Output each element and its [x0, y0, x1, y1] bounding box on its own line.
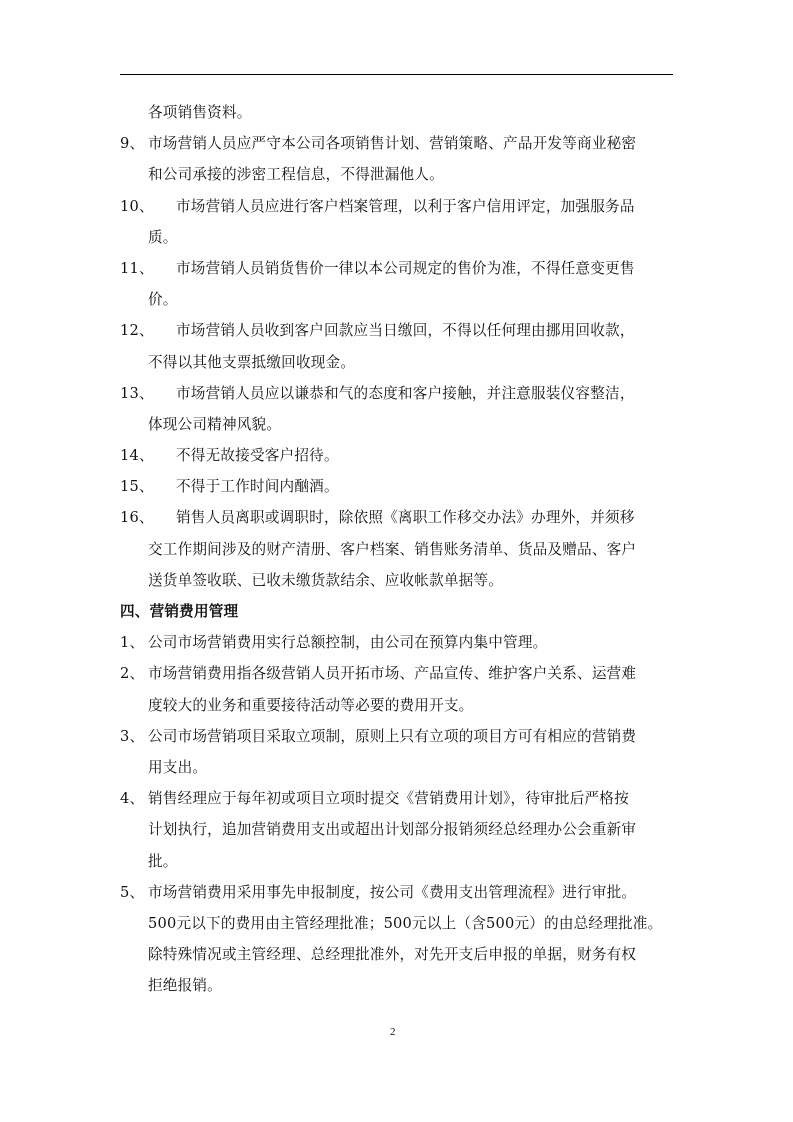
paragraph-text: 拒绝报销。 [148, 970, 222, 1001]
paragraph-line: 5、市场营销费用采用事先申报制度，按公司《费用支出管理流程》进行审批。 [120, 877, 676, 908]
paragraph-text: 市场营销人员应进行客户档案管理，以利于客户信用评定，加强服务品 [176, 191, 635, 222]
paragraph-text: 和公司承接的涉密工程信息，不得泄漏他人。 [148, 159, 444, 190]
paragraph-line: 15、不得于工作时间内酗酒。 [120, 471, 676, 502]
paragraph-text: 不得于工作时间内酗酒。 [176, 471, 339, 502]
paragraph-line: 除特殊情况或主管经理、总经理批准外，对先开支后申报的单据，财务有权 [120, 939, 676, 970]
paragraph-text: 体现公司精神风貌。 [148, 409, 281, 440]
paragraph-line: 体现公司精神风貌。 [120, 409, 676, 440]
paragraph-text: 公司市场营销费用实行总额控制，由公司在预算内集中管理。 [148, 627, 547, 658]
paragraph-text: 市场营销人员应严守本公司各项销售计划、营销策略、产品开发等商业秘密 [148, 128, 636, 159]
document-body: 各项销售资料。 9、市场营销人员应严守本公司各项销售计划、营销策略、产品开发等商… [120, 97, 676, 1001]
paragraph-line: 拒绝报销。 [120, 970, 676, 1001]
paragraph-line: 13、市场营销人员应以谦恭和气的态度和客户接触，并注意服装仪容整洁， [120, 378, 676, 409]
paragraph-line: 2、市场营销费用指各级营销人员开拓市场、产品宣传、维护客户关系、运营难 [120, 658, 676, 689]
item-number: 1、 [120, 627, 144, 658]
paragraph-line: 交工作期间涉及的财产清册、客户档案、销售账务清单、货品及赠品、客户 [120, 534, 676, 565]
item-number: 2、 [120, 658, 144, 689]
item-number: 15、 [120, 471, 154, 502]
paragraph-line: 1、公司市场营销费用实行总额控制，由公司在预算内集中管理。 [120, 627, 676, 658]
paragraph-text: 价。 [148, 284, 178, 315]
paragraph-text: 计划执行，追加营销费用支出或超出计划部分报销须经总经理办公会重新审 [148, 814, 636, 845]
paragraph-text: 送货单签收联、已收未缴货款结余、应收帐款单据等。 [148, 565, 503, 596]
paragraph-text: 销售人员离职或调职时，除依照《离职工作移交办法》办理外，并须移 [176, 502, 635, 533]
item-number: 16、 [120, 502, 154, 533]
paragraph-line: 3、公司市场营销项目采取立项制，原则上只有立项的项目方可有相应的营销费 [120, 721, 676, 752]
paragraph-text: 不得无故接受客户招待。 [176, 440, 339, 471]
item-number: 13、 [120, 378, 154, 409]
paragraph-line: 10、市场营销人员应进行客户档案管理，以利于客户信用评定，加强服务品 [120, 191, 676, 222]
paragraph-text: 质。 [148, 222, 178, 253]
paragraph-text: 批。 [148, 846, 178, 877]
section-heading-text: 四、营销费用管理 [120, 596, 238, 627]
paragraph-text: 市场营销费用指各级营销人员开拓市场、产品宣传、维护客户关系、运营难 [148, 658, 636, 689]
item-number: 4、 [120, 783, 144, 814]
paragraph-line: 价。 [120, 284, 676, 315]
item-number: 9、 [120, 128, 144, 159]
paragraph-text: 不得以其他支票抵缴回收现金。 [148, 347, 355, 378]
paragraph-line: 9、市场营销人员应严守本公司各项销售计划、营销策略、产品开发等商业秘密 [120, 128, 676, 159]
item-number: 10、 [120, 191, 154, 222]
paragraph-line: 各项销售资料。 [120, 97, 676, 128]
paragraph-line: 16、销售人员离职或调职时，除依照《离职工作移交办法》办理外，并须移 [120, 502, 676, 533]
paragraph-line: 批。 [120, 846, 676, 877]
paragraph-text: 公司市场营销项目采取立项制，原则上只有立项的项目方可有相应的营销费 [148, 721, 636, 752]
paragraph-line: 用支出。 [120, 752, 676, 783]
item-number: 3、 [120, 721, 144, 752]
paragraph-text: 市场营销人员销货售价一律以本公司规定的售价为准，不得任意变更售 [176, 253, 635, 284]
paragraph-line: 4、销售经理应于每年初或项目立项时提交《营销费用计划》，待审批后严格按 [120, 783, 676, 814]
item-number: 14、 [120, 440, 154, 471]
paragraph-text: 度较大的业务和重要接待活动等必要的费用开支。 [148, 690, 473, 721]
paragraph-text: 用支出。 [148, 752, 207, 783]
paragraph-line: 计划执行，追加营销费用支出或超出计划部分报销须经总经理办公会重新审 [120, 814, 676, 845]
paragraph-line: 14、不得无故接受客户招待。 [120, 440, 676, 471]
paragraph-text: 市场营销人员应以谦恭和气的态度和客户接触，并注意服装仪容整洁， [176, 378, 635, 409]
paragraph-line: 质。 [120, 222, 676, 253]
paragraph-text: 各项销售资料。 [148, 97, 252, 128]
paragraph-line: 度较大的业务和重要接待活动等必要的费用开支。 [120, 690, 676, 721]
paragraph-line: 11、市场营销人员销货售价一律以本公司规定的售价为准，不得任意变更售 [120, 253, 676, 284]
paragraph-text: 市场营销费用采用事先申报制度，按公司《费用支出管理流程》进行审批。 [148, 877, 636, 908]
item-number: 5、 [120, 877, 144, 908]
paragraph-text: 市场营销人员收到客户回款应当日缴回，不得以任何理由挪用回收款， [176, 315, 635, 346]
paragraph-line: 和公司承接的涉密工程信息，不得泄漏他人。 [120, 159, 676, 190]
paragraph-line: 不得以其他支票抵缴回收现金。 [120, 347, 676, 378]
paragraph-line: 500元以下的费用由主管经理批准；500元以上（含500元）的由总经理批准。 [120, 908, 676, 939]
page-number: 2 [390, 1026, 396, 1038]
item-number: 11、 [120, 253, 154, 284]
paragraph-text: 交工作期间涉及的财产清册、客户档案、销售账务清单、货品及赠品、客户 [148, 534, 636, 565]
paragraph-line: 12、市场营销人员收到客户回款应当日缴回，不得以任何理由挪用回收款， [120, 315, 676, 346]
header-rule [120, 74, 673, 75]
paragraph-text: 销售经理应于每年初或项目立项时提交《营销费用计划》，待审批后严格按 [148, 783, 629, 814]
paragraph-text: 除特殊情况或主管经理、总经理批准外，对先开支后申报的单据，财务有权 [148, 939, 636, 970]
paragraph-line: 送货单签收联、已收未缴货款结余、应收帐款单据等。 [120, 565, 676, 596]
paragraph-text: 500元以下的费用由主管经理批准；500元以上（含500元）的由总经理批准。 [148, 908, 662, 939]
item-number: 12、 [120, 315, 154, 346]
section-heading: 四、营销费用管理 [120, 596, 676, 627]
